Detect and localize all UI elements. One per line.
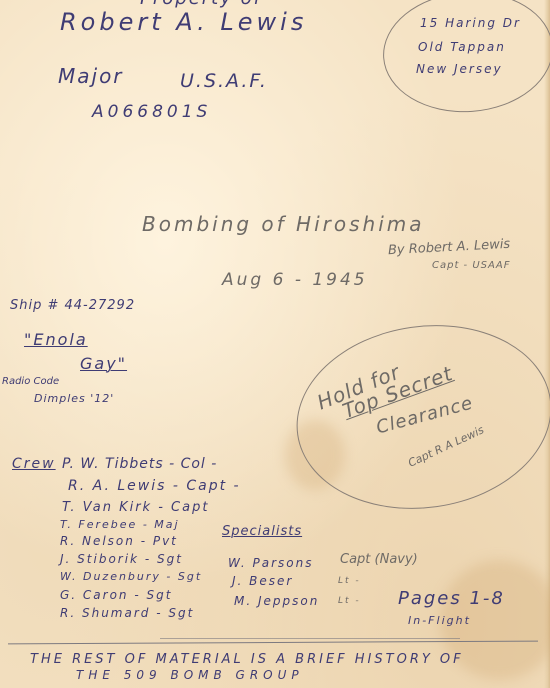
crew-rank: - Sgt <box>156 606 194 620</box>
footer-line2: The 509 Bomb Group <box>76 668 304 682</box>
footer-line1: The rest of material is a brief history … <box>30 652 464 667</box>
document-page: Property of Robert A. Lewis Major U.S.A.… <box>0 0 550 688</box>
document-title: Bombing of Hiroshima <box>142 212 425 236</box>
crew-row: W. Duzenbury - Sgt <box>60 570 202 583</box>
crew-row: P. W. Tibbets - Col - <box>62 456 217 472</box>
crew-row: R. A. Lewis - Capt - <box>68 478 241 494</box>
crew-label: Crew <box>12 456 56 472</box>
crew-name: R. Shumard <box>60 606 150 620</box>
serial-number: A066801S <box>92 102 211 122</box>
specialist-rank: Lt - <box>338 576 361 586</box>
crew-name: P. W. Tibbets <box>62 456 164 472</box>
ship-name-line1: "Enola <box>24 330 88 349</box>
radio-code-label: Radio Code <box>2 376 59 387</box>
owner-name: Robert A. Lewis <box>60 8 307 36</box>
crew-name: T. Van Kirk <box>62 500 152 515</box>
radio-code-value: Dimples '12' <box>34 392 114 405</box>
crew-row: R. Shumard - Sgt <box>60 606 194 620</box>
document-date: Aug 6 - 1945 <box>222 270 368 290</box>
ship-number: Ship # 44-27292 <box>10 298 135 313</box>
crew-name: R. A. Lewis <box>68 478 166 494</box>
crew-rank: - Sgt <box>145 552 183 566</box>
crew-rank: - Capt - <box>173 478 241 494</box>
owner-service: U.S.A.F. <box>180 70 268 92</box>
specialist-name: J. Beser <box>232 574 293 588</box>
crew-rank: - Col - <box>169 456 217 472</box>
crew-row: T. Ferebee - Maj <box>60 518 180 531</box>
specialist-rank: Capt (Navy) <box>340 552 418 567</box>
crew-rank: - Maj <box>143 518 180 531</box>
crew-rank: - Capt <box>158 500 209 515</box>
crew-name: R. Nelson <box>60 534 135 548</box>
crew-name: T. Ferebee <box>60 518 137 531</box>
crew-row: R. Nelson - Pvt <box>60 534 178 548</box>
crew-name: G. Caron <box>60 588 129 602</box>
address-line1: 15 Haring Dr <box>420 16 521 30</box>
crew-rank: - Sgt <box>134 588 172 602</box>
crew-row: J. Stiborik - Sgt <box>60 552 183 566</box>
specialists-label: Specialists <box>222 524 302 539</box>
address-line2: Old Tappan <box>418 40 506 54</box>
crew-row: G. Caron - Sgt <box>60 588 172 602</box>
crew-rank: - Pvt <box>141 534 178 548</box>
byline-signature: By Robert A. Lewis <box>388 237 511 258</box>
pages-range: Pages 1-8 <box>398 588 505 609</box>
crew-row: T. Van Kirk - Capt <box>62 500 209 515</box>
specialist-rank: Lt - <box>338 596 361 606</box>
specialist-name: W. Parsons <box>228 556 314 570</box>
crew-name: J. Stiborik <box>60 552 139 566</box>
specialist-name: M. Jeppson <box>234 594 319 608</box>
crew-rank: - Sgt <box>166 570 202 583</box>
byline-rank: Capt - USAAF <box>432 260 510 271</box>
owner-rank: Major <box>58 64 124 88</box>
crew-name: W. Duzenbury <box>60 570 161 583</box>
in-flight-label: In-Flight <box>408 614 471 627</box>
divider-line <box>160 638 460 639</box>
ship-name-line2: Gay" <box>80 354 127 373</box>
address-line3: New Jersey <box>416 62 503 76</box>
